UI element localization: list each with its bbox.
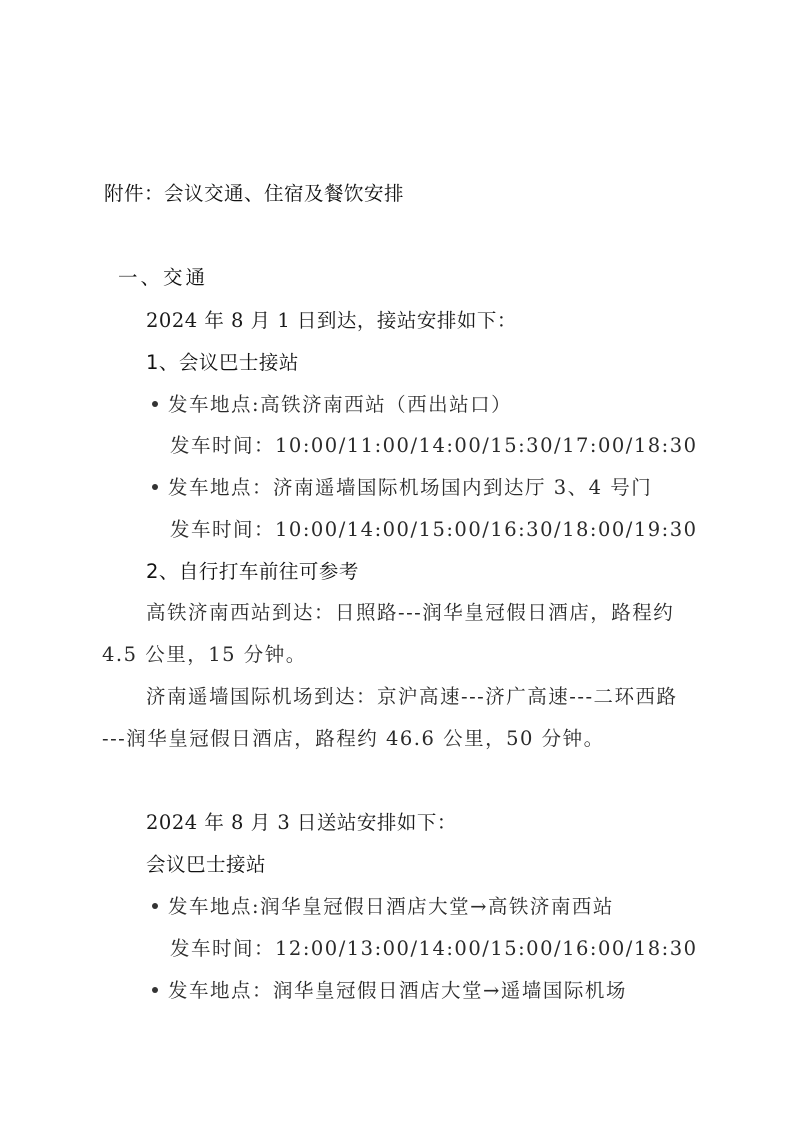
- arrival-item-1-location: 发车地点:高铁济南西站（西出站口）: [152, 392, 512, 418]
- arrival-item-1-times: 发车时间：10:00/11:00/14:00/15:30/17:00/18:30: [170, 433, 698, 459]
- taxi-route-2-line1: 济南遥墙国际机场到达：京沪高速---济广高速---二环西路: [146, 684, 678, 710]
- arrival-item-2-times: 发车时间：10:00/14:00/15:00/16:30/18:00/19:30: [170, 517, 698, 543]
- bullet-icon: [152, 987, 158, 993]
- bullet-icon: [152, 484, 158, 490]
- arrival-item-2-location: 发车地点：济南遥墙国际机场国内到达厅 3、4 号门: [152, 475, 652, 501]
- taxi-route-1-line1: 高铁济南西站到达：日照路---润华皇冠假日酒店，路程约: [146, 600, 674, 626]
- departure-bus-heading: 会议巴士接站: [146, 852, 266, 878]
- location-text: 发车地点：济南遥墙国际机场国内到达厅 3、4 号门: [168, 476, 652, 499]
- location-text: 发车地点:高铁济南西站（西出站口）: [168, 393, 512, 416]
- departure-item-1-location: 发车地点:润华皇冠假日酒店大堂→高铁济南西站: [152, 894, 614, 920]
- location-text: 发车地点：润华皇冠假日酒店大堂→遥墙国际机场: [168, 979, 627, 1002]
- document-title: 附件：会议交通、住宿及餐饮安排: [104, 181, 404, 207]
- taxi-route-2-line2: ---润华皇冠假日酒店，路程约 46.6 公里，50 分钟。: [102, 726, 605, 752]
- taxi-route-1-line2: 4.5 公里，15 分钟。: [102, 642, 307, 668]
- departure-item-2-location: 发车地点：润华皇冠假日酒店大堂→遥墙国际机场: [152, 978, 627, 1004]
- bullet-icon: [152, 401, 158, 407]
- subsection-taxi-heading: 2、自行打车前往可参考: [146, 559, 359, 585]
- bullet-icon: [152, 903, 158, 909]
- arrival-intro: 2024 年 8 月 1 日到达，接站安排如下：: [146, 308, 517, 334]
- departure-item-1-times: 发车时间：12:00/13:00/14:00/15:00/16:00/18:30: [170, 936, 698, 962]
- section-heading-transport: 一、交通: [118, 265, 208, 291]
- subsection-bus-pickup-heading: 1、会议巴士接站: [146, 350, 299, 376]
- location-text: 发车地点:润华皇冠假日酒店大堂→高铁济南西站: [168, 895, 614, 918]
- departure-intro: 2024 年 8 月 3 日送站安排如下：: [146, 810, 457, 836]
